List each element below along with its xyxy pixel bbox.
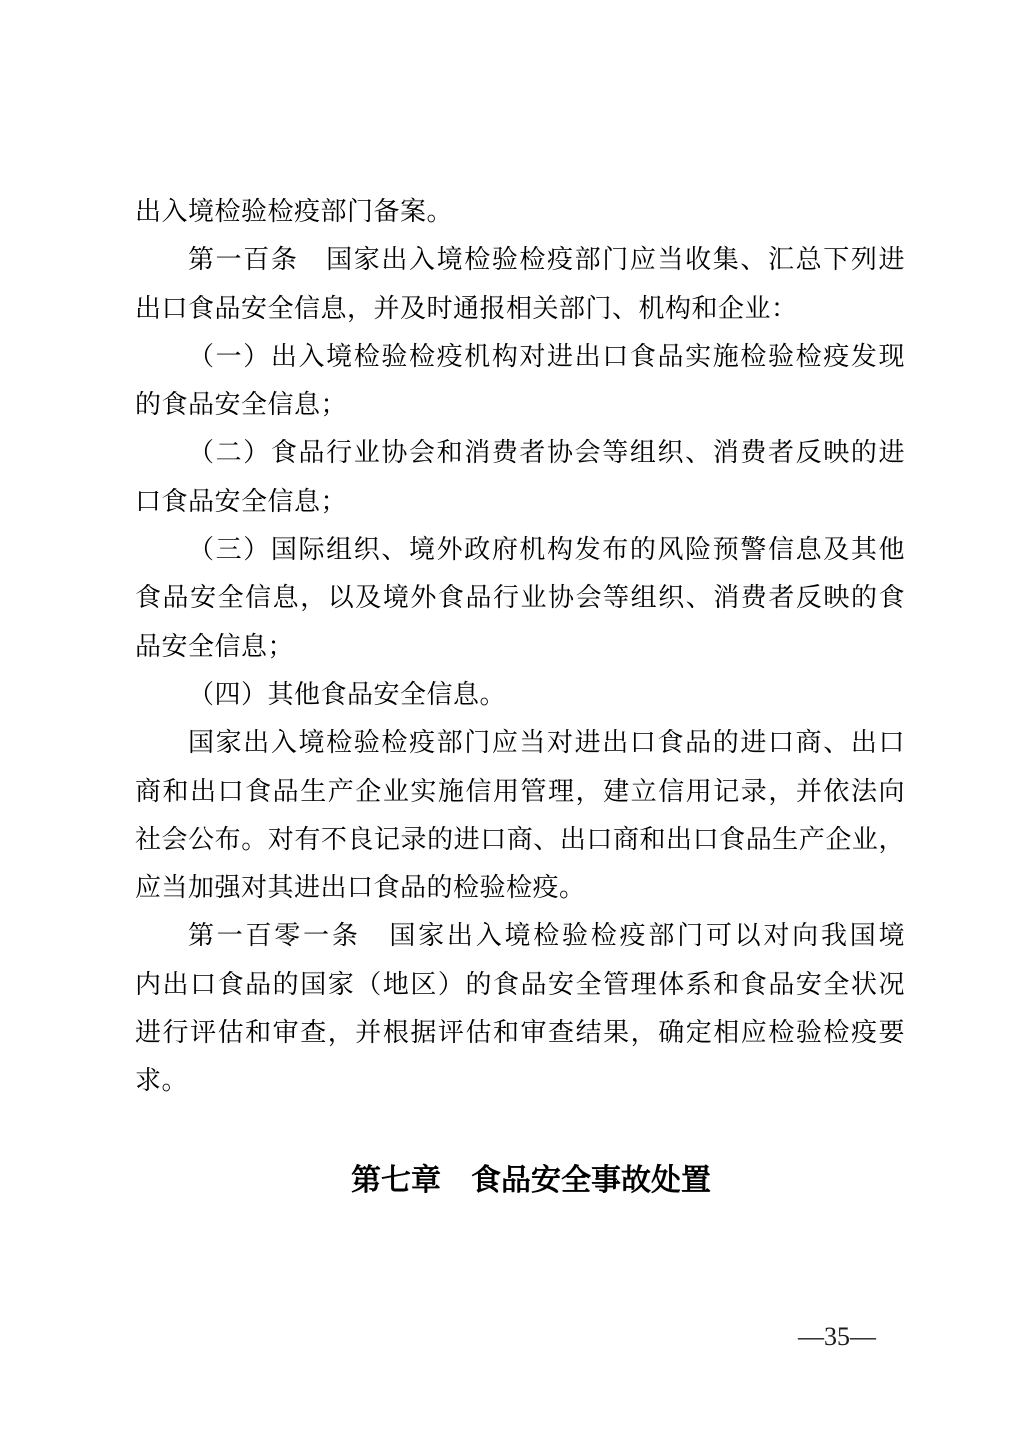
text-line: 求。 (135, 1056, 905, 1104)
page-number: —35— (798, 1320, 876, 1354)
text-line: 出入境检验检疫部门备案。 (135, 187, 905, 235)
text-line: 第一百零一条 国家出入境检验检疫部门可以对向我国境 (135, 911, 905, 959)
text-line: 品安全信息； (135, 622, 905, 670)
text-line: 商和出口食品生产企业实施信用管理，建立信用记录，并依法向 (135, 767, 905, 815)
text-line: 口食品安全信息； (135, 477, 905, 525)
text-line: （三）国际组织、境外政府机构发布的风险预警信息及其他 (135, 525, 905, 573)
text-line: 社会公布。对有不良记录的进口商、出口商和出口食品生产企业， (135, 815, 905, 863)
text-line: 出口食品安全信息，并及时通报相关部门、机构和企业： (135, 284, 905, 332)
document-page: 出入境检验检疫部门备案。第一百条 国家出入境检验检疫部门应当收集、汇总下列进出口… (0, 0, 1024, 1450)
text-line: （四）其他食品安全信息。 (135, 670, 905, 718)
document-body: 出入境检验检疫部门备案。第一百条 国家出入境检验检疫部门应当收集、汇总下列进出口… (135, 187, 905, 1105)
text-line: 食品安全信息，以及境外食品行业协会等组织、消费者反映的食 (135, 573, 905, 621)
text-line: 国家出入境检验检疫部门应当对进出口食品的进口商、出口 (135, 718, 905, 766)
text-line: 内出口食品的国家（地区）的食品安全管理体系和食品安全状况 (135, 960, 905, 1008)
text-line: 进行评估和审查，并根据评估和审查结果，确定相应检验检疫要 (135, 1008, 905, 1056)
chapter-heading: 第七章 食品安全事故处置 (0, 1157, 1024, 1205)
text-line: 应当加强对其进出口食品的检验检疫。 (135, 863, 905, 911)
text-line: 的食品安全信息； (135, 380, 905, 428)
text-line: （二）食品行业协会和消费者协会等组织、消费者反映的进 (135, 428, 905, 476)
text-line: （一）出入境检验检疫机构对进出口食品实施检验检疫发现 (135, 332, 905, 380)
text-line: 第一百条 国家出入境检验检疫部门应当收集、汇总下列进 (135, 235, 905, 283)
